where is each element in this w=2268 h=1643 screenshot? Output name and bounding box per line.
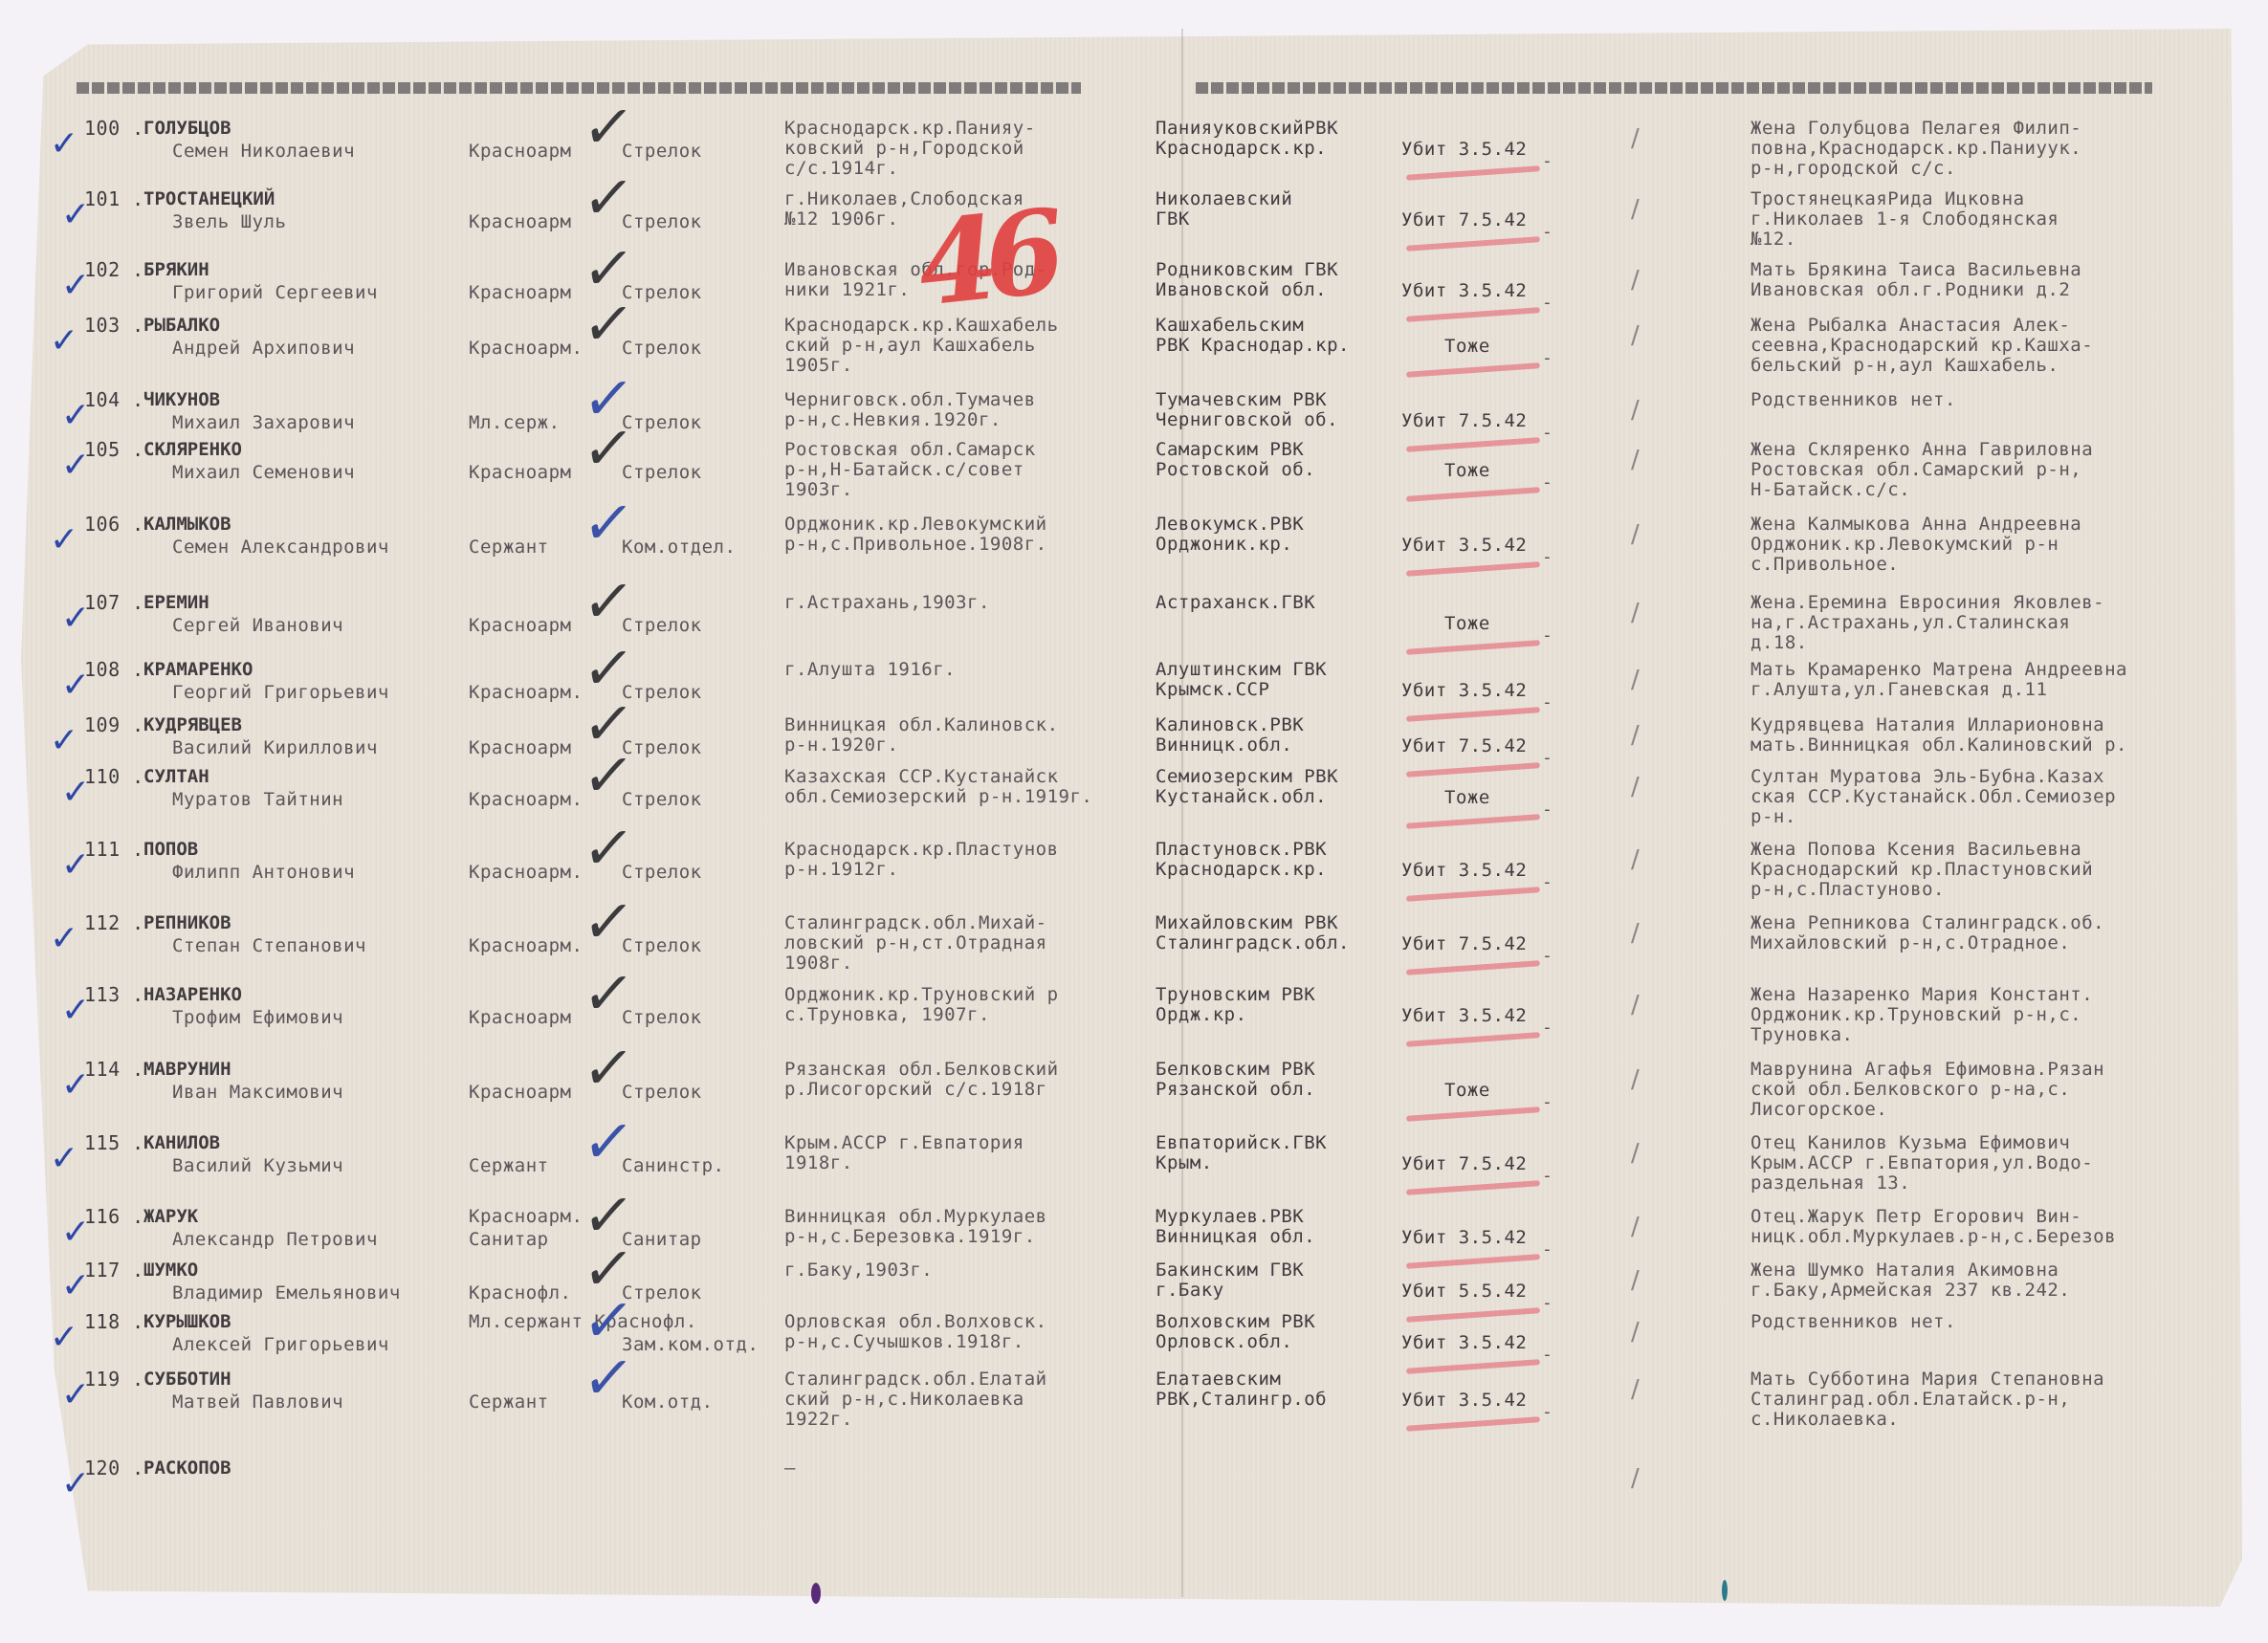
entry-birthplace: 1918г.	[784, 1153, 853, 1173]
entry-relatives: Ростовская обл.Самарский р-н,	[1751, 460, 2081, 480]
entry-drafted-by: Волховским РВК	[1156, 1312, 1315, 1332]
dash-mark: -	[1542, 293, 1552, 313]
entry-rank: Красноарм	[469, 1008, 571, 1028]
entry-position: Ком.отдел.	[622, 537, 736, 558]
margin-check-icon: ✓	[61, 773, 90, 812]
red-annotation: 46	[912, 185, 1058, 333]
entry-drafted-by: Кашхабельским	[1156, 316, 1304, 336]
entry-relatives: Сталинград.обл.Елатайск.р-н,	[1751, 1390, 2070, 1410]
entry-drafted-by: Рязанской обл.	[1156, 1080, 1315, 1100]
entry-birthplace: —	[784, 1458, 796, 1479]
margin-check-icon: ✓	[61, 1375, 90, 1414]
entry-birthplace: ковский р-н,Городской	[784, 139, 1024, 159]
entry-drafted-by: Пластуновск.РВК	[1156, 840, 1327, 860]
checkmark-icon: ✓	[580, 1039, 638, 1098]
entry-rank: Красноарм.	[469, 863, 583, 883]
entry-status: Убит 3.5.42	[1401, 536, 1527, 556]
entry-rank: Красноарм.	[469, 1207, 583, 1227]
entry-drafted-by: Николаевский	[1156, 189, 1292, 209]
entry-birthplace: р-н,с.Привольное.1908г.	[784, 535, 1047, 555]
entry-relatives: Крым.АССР г.Евпатория,ул.Водо-	[1751, 1153, 2093, 1173]
ink-spot	[1722, 1580, 1728, 1601]
margin-check-icon: ✓	[61, 599, 90, 638]
dash-mark: -	[1542, 1293, 1552, 1313]
ink-spot	[811, 1583, 821, 1604]
margin-tick-icon: /	[1631, 1266, 1640, 1295]
entry-status: Убит 7.5.42	[1401, 1154, 1527, 1174]
entry-relatives: Жена Попова Ксения Васильевна	[1751, 840, 2081, 860]
entry-relatives: р-н.	[1751, 807, 1796, 827]
entry-relatives: Родственников нет.	[1751, 1312, 1956, 1332]
dash-mark: -	[1542, 692, 1552, 712]
entry-drafted-by: Елатаевским	[1156, 1369, 1281, 1390]
margin-check-icon: ✓	[61, 1464, 90, 1503]
entry-birthplace: 1922г.	[784, 1410, 853, 1430]
entry-drafted-by: Алуштинским ГВК	[1156, 660, 1327, 680]
entry-given-names: Михаил Семенович	[172, 463, 355, 483]
entry-number: 114 .	[84, 1060, 144, 1080]
entry-rank: Краснофл.	[469, 1283, 571, 1303]
entry-relatives: №12.	[1751, 230, 1796, 250]
entry-drafted-by: Евпаторийск.ГВК	[1156, 1133, 1327, 1153]
entry-drafted-by: Семиозерским РВК	[1156, 767, 1338, 787]
entry-position: Стрелок	[622, 339, 702, 359]
entry-status: Убит 3.5.42	[1401, 861, 1527, 881]
entry-birthplace: Краснодарск.кр.Пластунов	[784, 840, 1059, 860]
entry-number: 118 .	[84, 1312, 144, 1332]
entry-birthplace: г.Алушта 1916г.	[784, 660, 956, 680]
margin-check-icon: ✓	[61, 446, 90, 485]
dash-mark: -	[1542, 1166, 1552, 1186]
margin-check-icon: ✓	[61, 396, 90, 435]
entry-surname: КРАМАРЕНКО	[143, 660, 253, 680]
entry-relatives: Михайловский р-н,с.Отрадное.	[1751, 933, 2070, 953]
entry-birthplace: 1903г.	[784, 480, 853, 500]
entry-surname: СКЛЯРЕНКО	[143, 440, 242, 460]
entry-birthplace: 1905г.	[784, 356, 853, 376]
entry-rank: Красноарм	[469, 212, 571, 232]
entry-number: 119 .	[84, 1369, 144, 1390]
entry-given-names: Иван Максимович	[172, 1083, 343, 1103]
entry-drafted-by: Муркулаев.РВК	[1156, 1207, 1304, 1227]
dash-mark: -	[1542, 946, 1552, 966]
entry-relatives: Жена Репникова Сталинградск.об.	[1751, 913, 2104, 933]
entry-birthplace: р-н,с.Невкия.1920г.	[784, 410, 1002, 430]
margin-check-icon: ✓	[50, 919, 78, 958]
entry-relatives: д.18.	[1751, 633, 1808, 653]
entry-relatives: Жена.Еремина Евросиния Яковлев-	[1751, 593, 2104, 613]
entry-relatives: Маврунина Агафья Ефимовна.Рязан	[1751, 1060, 2104, 1080]
entry-surname: КУДРЯВЦЕВ	[143, 715, 242, 735]
entry-status: Убит 7.5.42	[1401, 210, 1527, 230]
entry-relatives: г.Алушта,ул.Ганевская д.11	[1751, 680, 2047, 700]
entry-relatives: бельский р-н,аул Кашхабель.	[1751, 356, 2059, 376]
entry-drafted-by: Тумачевским РВК	[1156, 390, 1327, 410]
entry-number: 110 .	[84, 767, 144, 787]
entry-relatives: р-н,городской с/с.	[1751, 159, 1956, 179]
entry-surname: КАНИЛОВ	[143, 1133, 220, 1153]
entry-relatives: Жена Шумко Наталия Акимовна	[1751, 1260, 2059, 1281]
entry-position: Стрелок	[622, 463, 702, 483]
entry-number: 113 .	[84, 985, 144, 1005]
entry-surname: ГОЛУБЦОВ	[143, 119, 231, 139]
entry-status: Убит 3.5.42	[1401, 1333, 1527, 1353]
entry-birthplace: Сталинградск.обл.Михай-	[784, 913, 1047, 933]
margin-check-icon: ✓	[50, 124, 78, 164]
entry-status: Тоже	[1444, 614, 1490, 634]
entry-number: 108 .	[84, 660, 144, 680]
entry-drafted-by: Ростовской об.	[1156, 460, 1315, 480]
entry-status: Убит 3.5.42	[1401, 1006, 1527, 1026]
margin-tick-icon: /	[1631, 195, 1640, 224]
checkmark-icon: ✓	[580, 1291, 638, 1350]
entry-birthplace: р-н,с.Сучышков.1918г.	[784, 1332, 1024, 1352]
entry-rank: Красноарм	[469, 1083, 571, 1103]
entry-birthplace: обл.Семиозерский р-н.1919г.	[784, 787, 1092, 807]
margin-check-icon: ✓	[61, 195, 90, 234]
entry-drafted-by: Винницк.обл.	[1156, 735, 1292, 756]
entry-drafted-by: Белковским РВК	[1156, 1060, 1315, 1080]
entry-relatives: р-н,с.Пластуново.	[1751, 880, 1945, 900]
entry-given-names: Михаил Захарович	[172, 413, 355, 433]
margin-tick-icon: /	[1631, 919, 1640, 948]
margin-check-icon: ✓	[61, 1065, 90, 1105]
entry-status: Тоже	[1444, 337, 1490, 357]
entry-status: Убит 5.5.42	[1401, 1282, 1527, 1302]
entry-birthplace: г.Астрахань,1903г.	[784, 593, 990, 613]
entry-status: Убит 7.5.42	[1401, 736, 1527, 756]
entry-rank: Красноарм.	[469, 339, 583, 359]
dash-mark: -	[1542, 151, 1552, 171]
entry-given-names: Матвей Павлович	[172, 1392, 343, 1413]
entry-rank: Сержант	[469, 537, 549, 558]
checkmark-icon: ✓	[580, 964, 638, 1023]
margin-tick-icon: /	[1631, 1318, 1640, 1347]
entry-status: Убит 3.5.42	[1401, 1391, 1527, 1411]
entry-drafted-by: Орловск.обл.	[1156, 1332, 1292, 1352]
entry-relatives: Жена Калмыкова Анна Андреевна	[1751, 515, 2081, 535]
entry-number: 111 .	[84, 840, 144, 860]
checkmark-icon: ✓	[580, 819, 638, 878]
entry-number: 112 .	[84, 913, 144, 933]
entry-relatives: с.Привольное.	[1751, 555, 1899, 575]
margin-tick-icon: /	[1631, 396, 1640, 425]
dash-mark: -	[1542, 872, 1552, 892]
entry-drafted-by: Астраханск.ГВК	[1156, 593, 1315, 613]
entry-drafted-by: Ивановской обл.	[1156, 280, 1327, 300]
entry-position: Стрелок	[622, 863, 702, 883]
entry-relatives: Отец.Жарук Петр Егорович Вин-	[1751, 1207, 2081, 1227]
entry-relatives: Орджоник.кр.Труновский р-н,с.	[1751, 1005, 2081, 1025]
entry-birthplace: Винницкая обл.Калиновск.	[784, 715, 1059, 735]
margin-tick-icon: /	[1631, 1464, 1640, 1493]
entry-rank-2: Санитар	[469, 1230, 549, 1250]
entry-relatives: Н-Батайск.с/с.	[1751, 480, 1910, 500]
entry-relatives: Родственников нет.	[1751, 390, 1956, 410]
entry-relatives: ская ССР.Кустанайск.Обл.Семиозер	[1751, 787, 2116, 807]
entry-rank: Красноарм.	[469, 683, 583, 703]
entry-drafted-by: Орджоник.кр.	[1156, 535, 1292, 555]
margin-tick-icon: /	[1631, 845, 1640, 874]
dash-mark: -	[1542, 748, 1552, 768]
dash-mark: -	[1542, 1402, 1552, 1422]
entry-given-names: Трофим Ефимович	[172, 1008, 343, 1028]
entry-birthplace: Рязанская обл.Белковский	[784, 1060, 1059, 1080]
entry-birthplace: с.Труновка, 1907г.	[784, 1005, 990, 1025]
entry-position: Стрелок	[622, 936, 702, 956]
entry-number: 102 .	[84, 260, 144, 280]
entry-relatives: ской обл.Белковского р-на,с.	[1751, 1080, 2070, 1100]
margin-tick-icon: /	[1631, 991, 1640, 1019]
entry-relatives: Жена Назаренко Мария Констант.	[1751, 985, 2093, 1005]
entry-birthplace: р-н.1912г.	[784, 860, 898, 880]
entry-relatives: сеевна,Краснодарский кр.Кашха-	[1751, 336, 2093, 356]
dash-mark: -	[1542, 1092, 1552, 1112]
margin-check-icon: ✓	[61, 266, 90, 305]
entry-surname: КУРЫШКОВ	[143, 1312, 231, 1332]
checkmark-icon: ✓	[580, 295, 638, 354]
entry-birthplace: ский р-н,аул Кашхабель	[784, 336, 1036, 356]
entry-birthplace: Казахская ССР.Кустанайск	[784, 767, 1059, 787]
entry-position: Зам.ком.отд.	[622, 1335, 759, 1355]
entry-status: Убит 3.5.42	[1401, 1228, 1527, 1248]
entry-number: 100 .	[84, 119, 144, 139]
entry-relatives: Труновка.	[1751, 1025, 1853, 1045]
entry-relatives: Мать Брякина Таиса Васильевна	[1751, 260, 2081, 280]
entry-drafted-by: Родниковским ГВК	[1156, 260, 1338, 280]
entry-status: Убит 3.5.42	[1401, 140, 1527, 160]
entry-drafted-by: РВК,Сталингр.об	[1156, 1390, 1327, 1410]
margin-check-icon: ✓	[61, 1213, 90, 1252]
entry-birthplace: р-н.1920г.	[784, 735, 898, 756]
entry-drafted-by: Кустанайск.обл.	[1156, 787, 1327, 807]
entry-drafted-by: Крымск.ССР	[1156, 680, 1269, 700]
margin-check-icon: ✓	[61, 845, 90, 885]
margin-check-icon: ✓	[50, 1139, 78, 1178]
entry-rank: Красноарм.	[469, 790, 583, 810]
entry-number: 115 .	[84, 1133, 144, 1153]
entry-given-names: Александр Петрович	[172, 1230, 378, 1250]
entry-surname: РЕПНИКОВ	[143, 913, 231, 933]
checkmark-icon: ✓	[580, 1348, 638, 1408]
entry-relatives: Кудрявцева Наталия Илларионовна	[1751, 715, 2104, 735]
entry-surname: ПОПОВ	[143, 840, 198, 860]
entry-given-names: Андрей Архипович	[172, 339, 355, 359]
entry-relatives: с.Николаевка.	[1751, 1410, 1899, 1430]
entry-drafted-by: Левокумск.РВК	[1156, 515, 1304, 535]
margin-tick-icon: /	[1631, 1139, 1640, 1168]
entry-drafted-by: Бакинским ГВК	[1156, 1260, 1304, 1281]
entry-rank: Красноарм.	[469, 936, 583, 956]
checkmark-icon: ✓	[580, 1112, 638, 1172]
entry-drafted-by: ГВК	[1156, 209, 1190, 230]
entry-birthplace: Орджоник.кр.Левокумский	[784, 515, 1047, 535]
entry-drafted-by: ПанияуковскийРВК	[1156, 119, 1338, 139]
entry-drafted-by: г.Баку	[1156, 1281, 1224, 1301]
margin-check-icon: ✓	[50, 721, 78, 760]
entry-birthplace: Черниговск.обл.Тумачев	[784, 390, 1036, 410]
entry-surname: ЕРЕМИН	[143, 593, 209, 613]
entry-rank: Сержант	[469, 1156, 549, 1176]
entry-birthplace: с/с.1914г.	[784, 159, 898, 179]
entry-birthplace: р-н,Н-Батайск.с/совет	[784, 460, 1024, 480]
margin-check-icon: ✓	[50, 321, 78, 361]
entry-status: Тоже	[1444, 461, 1490, 481]
checkmark-icon: ✓	[580, 746, 638, 805]
entry-relatives: Орджоник.кр.Левокумский р-н	[1751, 535, 2059, 555]
margin-check-icon: ✓	[61, 991, 90, 1030]
entry-given-names: Филипп Антонович	[172, 863, 355, 883]
margin-tick-icon: /	[1631, 266, 1640, 295]
margin-tick-icon: /	[1631, 1213, 1640, 1241]
margin-tick-icon: /	[1631, 666, 1640, 694]
entry-relatives: Лисогорское.	[1751, 1100, 1887, 1120]
margin-tick-icon: /	[1631, 124, 1640, 153]
entry-birthplace: Ростовская обл.Самарск	[784, 440, 1036, 460]
entry-relatives: Ивановская обл.г.Родники д.2	[1751, 280, 2070, 300]
entry-drafted-by: Труновским РВК	[1156, 985, 1315, 1005]
entry-given-names: Григорий Сергеевич	[172, 283, 378, 303]
entry-rank: Красноарм	[469, 283, 571, 303]
entry-surname: СУЛТАН	[143, 767, 209, 787]
entry-rank: Красноарм	[469, 142, 571, 162]
entry-relatives: Мать Крамаренко Матрена Андреевна	[1751, 660, 2127, 680]
entry-birthplace: р-н,с.Березовка.1919г.	[784, 1227, 1036, 1247]
dash-mark: -	[1542, 1345, 1552, 1365]
entry-number: 106 .	[84, 515, 144, 535]
dash-mark: -	[1542, 547, 1552, 567]
margin-tick-icon: /	[1631, 1065, 1640, 1094]
entry-given-names: Василий Кириллович	[172, 738, 378, 758]
entry-relatives: г.Николаев 1-я Слободянская	[1751, 209, 2059, 230]
margin-tick-icon: /	[1631, 599, 1640, 627]
entry-rank: Красноарм	[469, 738, 571, 758]
margin-tick-icon: /	[1631, 773, 1640, 801]
entry-given-names: Степан Степанович	[172, 936, 366, 956]
header-rule-left	[77, 82, 1081, 94]
entry-number: 101 .	[84, 189, 144, 209]
checkmark-icon: ✓	[580, 892, 638, 952]
entry-position: Ком.отд.	[622, 1392, 714, 1413]
entry-rank: Красноарм	[469, 616, 571, 636]
margin-tick-icon: /	[1631, 321, 1640, 350]
entry-surname: РАСКОПОВ	[143, 1458, 231, 1479]
entry-birthplace: ловский р-н,ст.Отрадная	[784, 933, 1047, 953]
header-rule-right	[1196, 82, 2152, 94]
entry-surname: БРЯКИН	[143, 260, 209, 280]
entry-status: Убит 7.5.42	[1401, 934, 1527, 954]
entry-relatives: ТростянецкаяРида Ицковна	[1751, 189, 2025, 209]
entry-number: 104 .	[84, 390, 144, 410]
entry-number: 103 .	[84, 316, 144, 336]
entry-position: Санинстр.	[622, 1156, 724, 1176]
entry-status: Убит 7.5.42	[1401, 411, 1527, 431]
entry-drafted-by: Крым.	[1156, 1153, 1213, 1173]
entry-relatives: Краснодарский кр.Пластуновский	[1751, 860, 2093, 880]
entry-drafted-by: Калиновск.РВК	[1156, 715, 1304, 735]
entry-drafted-by: Ордж.кр.	[1156, 1005, 1247, 1025]
entry-drafted-by: Краснодарск.кр.	[1156, 139, 1327, 159]
dash-mark: -	[1542, 348, 1552, 368]
entry-given-names: Муратов Тайтнин	[172, 790, 343, 810]
entry-number: 105 .	[84, 440, 144, 460]
entry-rank: Сержант	[469, 1392, 549, 1413]
entry-relatives: г.Баку,Армейская 237 кв.242.	[1751, 1281, 2070, 1301]
entry-relatives: мать.Винницкая обл.Калиновский р.	[1751, 735, 2127, 756]
entry-drafted-by: Самарским РВК	[1156, 440, 1304, 460]
entry-birthplace: ники 1921г.	[784, 280, 910, 300]
dash-mark: -	[1542, 800, 1552, 820]
margin-tick-icon: /	[1631, 446, 1640, 474]
entry-surname: КАЛМЫКОВ	[143, 515, 231, 535]
entry-given-names: Звель Шуль	[172, 212, 286, 232]
entry-relatives: Жена Голубцова Пелагея Филип-	[1751, 119, 2081, 139]
entry-surname: МАВРУНИН	[143, 1060, 231, 1080]
margin-check-icon: ✓	[61, 1266, 90, 1305]
entry-drafted-by: РВК Краснодар.кр.	[1156, 336, 1350, 356]
entry-drafted-by: Михайловским РВК	[1156, 913, 1338, 933]
entry-status: Убит 3.5.42	[1401, 281, 1527, 301]
entry-drafted-by: Краснодарск.кр.	[1156, 860, 1327, 880]
entry-birthplace: г.Баку,1903г.	[784, 1260, 933, 1281]
entry-position: Стрелок	[622, 1008, 702, 1028]
entry-rank: Красноарм	[469, 463, 571, 483]
entry-relatives: на,г.Астрахань,ул.Сталинская	[1751, 613, 2070, 633]
entry-drafted-by: Черниговской об.	[1156, 410, 1338, 430]
entry-drafted-by: Сталинградск.обл.	[1156, 933, 1350, 953]
entry-surname: СУББОТИН	[143, 1369, 231, 1390]
entry-rank: Мл.серж.	[469, 413, 561, 433]
entry-birthplace: Орджоник.кр.Труновский р	[784, 985, 1059, 1005]
entry-relatives: раздельная 13.	[1751, 1173, 1910, 1194]
margin-check-icon: ✓	[50, 520, 78, 559]
entry-drafted-by: Винницкая обл.	[1156, 1227, 1315, 1247]
checkmark-icon: ✓	[580, 98, 638, 157]
margin-tick-icon: /	[1631, 721, 1640, 750]
entry-relatives: ницк.обл.Муркулаев.р-н,с.Березов	[1751, 1227, 2116, 1247]
entry-number: 107 .	[84, 593, 144, 613]
dash-mark: -	[1542, 1018, 1552, 1038]
entry-status: Тоже	[1444, 1081, 1490, 1101]
entry-surname: ЖАРУК	[143, 1207, 198, 1227]
entry-relatives: Жена Рыбалка Анастасия Алек-	[1751, 316, 2070, 336]
entry-position: Стрелок	[622, 790, 702, 810]
margin-check-icon: ✓	[61, 666, 90, 705]
entry-position: Стрелок	[622, 212, 702, 232]
entry-number: 109 .	[84, 715, 144, 735]
entry-birthplace: Винницкая обл.Муркулаев	[784, 1207, 1047, 1227]
dash-mark: -	[1542, 423, 1552, 443]
entry-birthplace: Краснодарск.кр.Панияу-	[784, 119, 1036, 139]
entry-relatives: Султан Муратова Эль-Бубна.Казах	[1751, 767, 2104, 787]
checkmark-icon: ✓	[580, 168, 638, 228]
entry-given-names: Георгий Григорьевич	[172, 683, 389, 703]
entry-given-names: Владимир Емельянович	[172, 1283, 401, 1303]
dash-mark: -	[1542, 472, 1552, 493]
entry-birthplace: 1908г.	[784, 953, 853, 974]
entry-birthplace: Сталинградск.обл.Елатай	[784, 1369, 1047, 1390]
entry-surname: НАЗАРЕНКО	[143, 985, 242, 1005]
entry-number: 120 .	[84, 1458, 144, 1479]
entry-surname: ТРОСТАНЕЦКИЙ	[143, 189, 275, 209]
checkmark-icon: ✓	[580, 419, 638, 478]
entry-surname: РЫБАЛКО	[143, 316, 220, 336]
checkmark-icon: ✓	[580, 493, 638, 553]
dash-mark: -	[1542, 625, 1552, 646]
entry-relatives: повна,Краснодарск.кр.Паниyук.	[1751, 139, 2081, 159]
entry-given-names: Семен Николаевич	[172, 142, 355, 162]
entry-relatives: Отец Канилов Кузьма Ефимович	[1751, 1133, 2070, 1153]
